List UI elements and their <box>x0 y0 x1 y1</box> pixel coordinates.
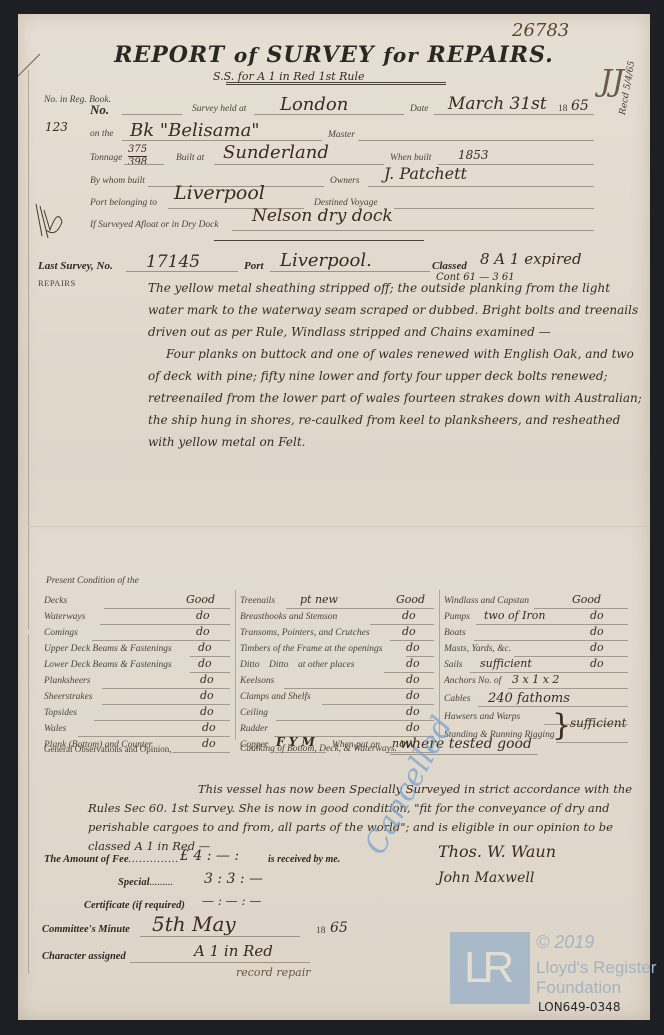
built-at-label: Built at <box>176 153 204 163</box>
tonnage-line <box>124 164 164 165</box>
afloat-dry-dock-label: If Surveyed Afloat or in Dry Dock <box>90 220 219 230</box>
tonnage-value: 375 398 <box>128 144 147 169</box>
certificate-value: — : — : — <box>202 894 261 908</box>
lr-logo: LR <box>450 932 530 1004</box>
condition-row-transoms: Transoms, Pointers, and Crutchesdo <box>240 628 434 644</box>
port-belonging-label: Port belonging to <box>90 198 157 208</box>
last-survey-label: Last Survey, No. <box>38 260 113 272</box>
when-built-value: 1853 <box>458 148 489 162</box>
date-year-suffix: 65 <box>571 98 589 114</box>
title-underline <box>226 82 446 85</box>
afloat-dry-dock-value: Nelson dry dock <box>252 206 393 226</box>
caulking-label: Caulking of Bottom, Deck, & Waterways. <box>240 744 397 754</box>
by-whom-built-label: By whom built <box>90 176 145 186</box>
signature-surveyor-2: John Maxwell <box>438 870 534 886</box>
condition-row-keelsons: Keelsonsdo <box>240 676 434 692</box>
condition-heading: Present Condition of the <box>46 576 139 586</box>
catalog-id: LON649-0348 <box>538 1000 620 1014</box>
brace-icon: } <box>552 708 571 743</box>
last-survey-port-value: Liverpool. <box>280 250 372 271</box>
condition-row-ceiling: Ceilingdo <box>240 708 434 724</box>
fold-crease <box>28 526 648 527</box>
corner-pencil-mark <box>16 50 46 80</box>
afloat-dry-dock-line <box>232 230 594 231</box>
port-belonging-value: Liverpool <box>174 182 265 204</box>
title-of: of <box>234 43 258 67</box>
date-line <box>434 114 594 115</box>
owners-value: J. Patchett <box>384 164 467 183</box>
character-assigned-label: Character assigned <box>42 951 126 962</box>
on-the-label: on the <box>90 129 113 139</box>
character-note: record repair <box>236 966 311 979</box>
condition-row-timbers-other: Ditto Ditto at other placesdo <box>240 660 434 676</box>
master-field <box>358 140 594 141</box>
repairs-label: REPAIRS <box>38 278 76 288</box>
fee-amount-value: £ 4 : — : <box>180 848 239 864</box>
last-survey-number: 17145 <box>146 252 200 272</box>
when-built-label: When built <box>390 153 431 163</box>
watermark-org-line1: Lloyd's Register <box>536 958 656 978</box>
classed-value: 8 A 1 expired <box>480 250 582 268</box>
hawsers-rigging-value: sufficient <box>570 716 626 730</box>
no-label: No. <box>90 102 109 118</box>
survey-held-at-value: London <box>280 94 348 115</box>
repairs-paragraph: The yellow metal sheathing stripped off;… <box>148 277 648 343</box>
document-number: 26783 <box>512 20 569 41</box>
character-assigned-line <box>130 962 310 963</box>
fee-special-label: Special......... <box>118 877 173 888</box>
built-at-line <box>214 164 384 165</box>
last-survey-port-label: Port <box>244 260 264 272</box>
fee-amount-label: The Amount of Fee.............. <box>44 854 179 865</box>
title-report: REPORT <box>114 42 225 68</box>
no-field <box>122 114 182 115</box>
watermark-org-line2: Foundation <box>536 978 621 998</box>
condition-row-timbers-openings: Timbers of the Frame at the openingsdo <box>240 644 434 660</box>
owners-label: Owners <box>330 176 360 186</box>
condition-row-clamps-shelfs: Clamps and Shelfsdo <box>240 692 434 708</box>
title-repairs: REPAIRS. <box>427 42 553 68</box>
tonnage-label: Tonnage <box>90 153 122 163</box>
condition-row-anchors: Anchors No. of3 x 1 x 2 <box>444 676 628 692</box>
signature-surveyor-1: Thos. W. Waun <box>438 842 556 861</box>
built-at-value: Sunderland <box>223 142 329 163</box>
destined-voyage-field <box>394 208 594 209</box>
master-label: Master <box>328 130 355 140</box>
left-margin-rule-lower <box>28 634 29 974</box>
lr-logo-letters: LR <box>464 942 508 994</box>
column-separator-1 <box>235 590 236 740</box>
condition-row-cables: Cables240 fathoms <box>444 694 628 710</box>
page-title: REPORT of SURVEY for REPAIRS. <box>18 42 650 68</box>
date-value: March 31st <box>448 94 547 114</box>
certificate-label: Certificate (if required) <box>84 900 185 911</box>
last-survey-port-line <box>270 271 430 272</box>
survey-held-at-label: Survey held at <box>192 104 246 114</box>
observations-label: General Observations and Opinion, <box>44 744 171 754</box>
reg-book-number: 123 <box>45 120 68 134</box>
watermark-copyright: © 2019 <box>536 932 594 953</box>
vessel-name: Bk "Belisama" <box>130 120 260 141</box>
committee-year-suffix: 65 <box>330 920 348 936</box>
fee-special-value: 3 : 3 : — <box>204 871 263 887</box>
character-assigned-value: A 1 in Red <box>194 942 273 960</box>
title-survey: SURVEY <box>266 42 374 68</box>
date-label: Date <box>410 104 428 114</box>
title-for: for <box>383 43 418 67</box>
committee-minute-line <box>140 936 300 937</box>
margin-signature-flourish <box>32 200 72 244</box>
survey-document: 26783 REPORT of SURVEY for REPAIRS. S.S.… <box>18 14 650 1020</box>
repairs-text: The yellow metal sheathing stripped off;… <box>148 277 648 453</box>
committee-minute-label: Committee's Minute <box>42 924 130 935</box>
owners-line <box>368 186 594 187</box>
classed-label: Classed <box>432 260 467 272</box>
date-year-prefix: 18 <box>558 104 568 114</box>
committee-minute-value: 5th May <box>152 912 236 936</box>
left-margin-rule <box>28 70 29 630</box>
repairs-paragraph: Four planks on buttock and one of wales … <box>148 343 648 453</box>
section-divider <box>214 240 424 241</box>
fee-received-label: is received by me. <box>268 854 340 865</box>
committee-year-prefix: 18 <box>316 926 326 936</box>
